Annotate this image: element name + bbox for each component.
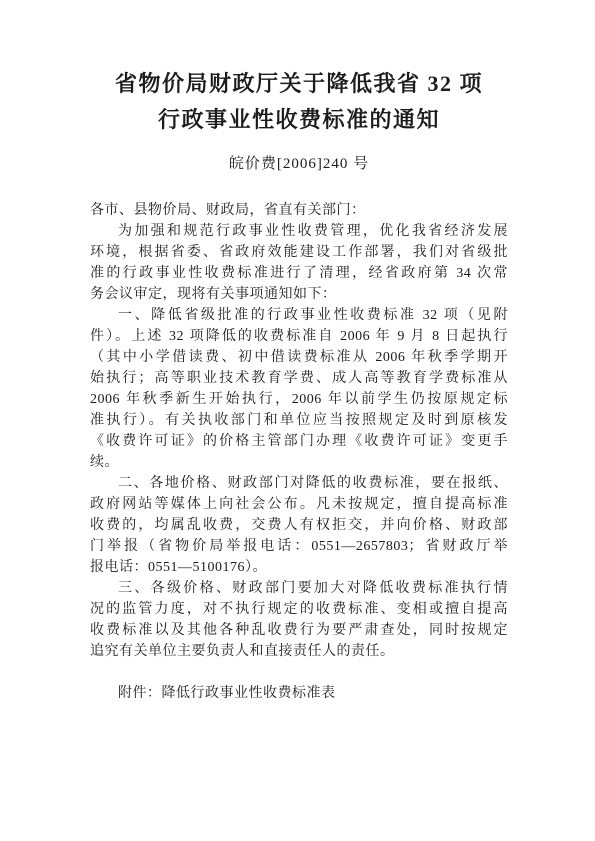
document-title: 省物价局财政厅关于降低我省 32 项 行政事业性收费标准的通知 <box>90 66 508 138</box>
document-title-line1: 省物价局财政厅关于降低我省 32 项 <box>90 66 508 102</box>
body-line: 收费标准以及其他各种乱收费行为要严肃查处，同时按规定 <box>90 620 508 641</box>
document-number: 皖价费[2006]240 号 <box>90 154 508 174</box>
body-line: 始执行；高等职业技术教育学费、成人高等教育学费标准从 <box>90 368 508 389</box>
attachment-reference: 附件：降低行政事业性收费标准表 <box>90 683 508 704</box>
notice-document-page: 省物价局财政厅关于降低我省 32 项 行政事业性收费标准的通知 皖价费[2006… <box>0 0 595 841</box>
body-line: 门举报（省物价局举报电话：0551—2657803；省财政厅举 <box>90 536 508 557</box>
body-line: 各市、县物价局、财政局，省直有关部门： <box>90 200 508 221</box>
body-line: 《收费许可证》的价格主管部门办理《收费许可证》变更手 <box>90 431 508 452</box>
body-line: 报电话：0551—5100176）。 <box>90 557 508 578</box>
body-line: 2006 年秋季新生开始执行，2006 年以前学生仍按原规定标 <box>90 389 508 410</box>
body-line: 务会议审定，现将有关事项通知如下： <box>90 284 508 305</box>
body-line: 准的行政事业性收费标准进行了清理，经省政府第 34 次常 <box>90 263 508 284</box>
body-line: 追究有关单位主要负责人和直接责任人的责任。 <box>90 641 508 662</box>
body-line: 为加强和规范行政事业性收费管理，优化我省经济发展 <box>90 221 508 242</box>
body-line: 政府网站等媒体上向社会公布。凡未按规定，擅自提高标准 <box>90 494 508 515</box>
body-line: （其中小学借读费、初中借读费标准从 2006 年秋季学期开 <box>90 347 508 368</box>
body-line: 收费的，均属乱收费，交费人有权拒交，并向价格、财政部 <box>90 515 508 536</box>
document-title-line2: 行政事业性收费标准的通知 <box>90 102 508 138</box>
body-line: 准执行）。有关执收部门和单位应当按照规定及时到原核发 <box>90 410 508 431</box>
body-line: 三、各级价格、财政部门要加大对降低收费标准执行情 <box>90 578 508 599</box>
body-line: 续。 <box>90 452 508 473</box>
body-line: 一、降低省级批准的行政事业性收费标准 32 项（见附 <box>90 305 508 326</box>
document-body: 各市、县物价局、财政局，省直有关部门：为加强和规范行政事业性收费管理，优化我省经… <box>90 200 508 662</box>
body-line: 环境，根据省委、省政府效能建设工作部署，我们对省级批 <box>90 242 508 263</box>
body-line: 况的监管力度，对不执行规定的收费标准、变相或擅自提高 <box>90 599 508 620</box>
body-line: 二、各地价格、财政部门对降低的收费标准，要在报纸、 <box>90 473 508 494</box>
body-line: 件）。上述 32 项降低的收费标准自 2006 年 9 月 8 日起执行 <box>90 326 508 347</box>
